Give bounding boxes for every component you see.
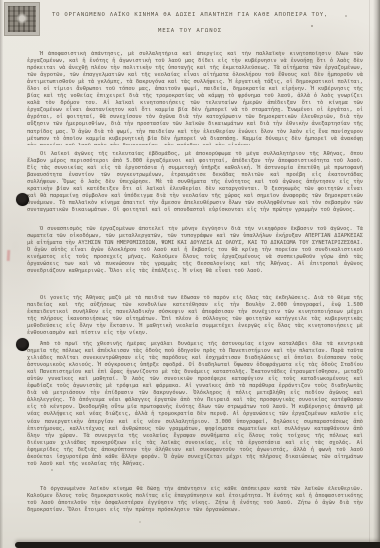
document-title-line-2: ΜΕΣΑ ΤΟΥ ΑΓΩΝΟΣ bbox=[0, 28, 380, 34]
punch-hole-bottom-icon bbox=[16, 338, 29, 351]
paragraph-5: Ἀπὸ τὸ πρωΐ τῆς χθεσινῆς ἡμέρας μεγάλαι … bbox=[27, 341, 363, 481]
punch-hole-top-icon bbox=[16, 193, 29, 206]
paragraph-1: Ἡ ἀποφασιστικὴ ἀπάντησις, μὲ συλλαλητήρι… bbox=[27, 51, 363, 145]
red-pencil-mark-icon bbox=[7, 250, 11, 261]
scan-edge-right bbox=[373, 0, 380, 548]
scan-edge-left bbox=[0, 0, 3, 548]
paragraph-3: Ὁ συνασπισμὸς τῶν ἐργαζομένων ἀποτελεῖ τ… bbox=[27, 226, 363, 288]
scanned-document-page: ΤΟ ΟΡΓΑΝΩΜΕΝΟ ΛΑΪΚΟ ΚΙΝΗΜΑ ΘΑ ΔΩΣΕΙ ΑΠΑΝ… bbox=[0, 0, 380, 548]
paragraph-4: Οἱ γονεῖς τῆς Ἀθήνας μαζὺ μὲ τὰ παιδιά τ… bbox=[27, 295, 363, 338]
scan-edge-bottom-strip bbox=[15, 542, 380, 548]
paragraph-2: Οἱ λαϊκοὶ ἀγῶνες τῆς τελευταίας ἑβδομάδο… bbox=[27, 151, 363, 222]
paragraph-6: Τὸ ὀργανωμένον λαϊκὸν κίνημα θὰ δώσῃ τὴν… bbox=[27, 486, 363, 514]
document-title-line-1: ΤΟ ΟΡΓΑΝΩΜΕΝΟ ΛΑΪΚΟ ΚΙΝΗΜΑ ΘΑ ΔΩΣΕΙ ΑΠΑΝ… bbox=[0, 12, 380, 18]
paper-fold-line bbox=[369, 0, 370, 548]
typewritten-text-layer: ΤΟ ΟΡΓΑΝΩΜΕΝΟ ΛΑΪΚΟ ΚΙΝΗΜΑ ΘΑ ΔΩΣΕΙ ΑΠΑΝ… bbox=[0, 0, 380, 548]
